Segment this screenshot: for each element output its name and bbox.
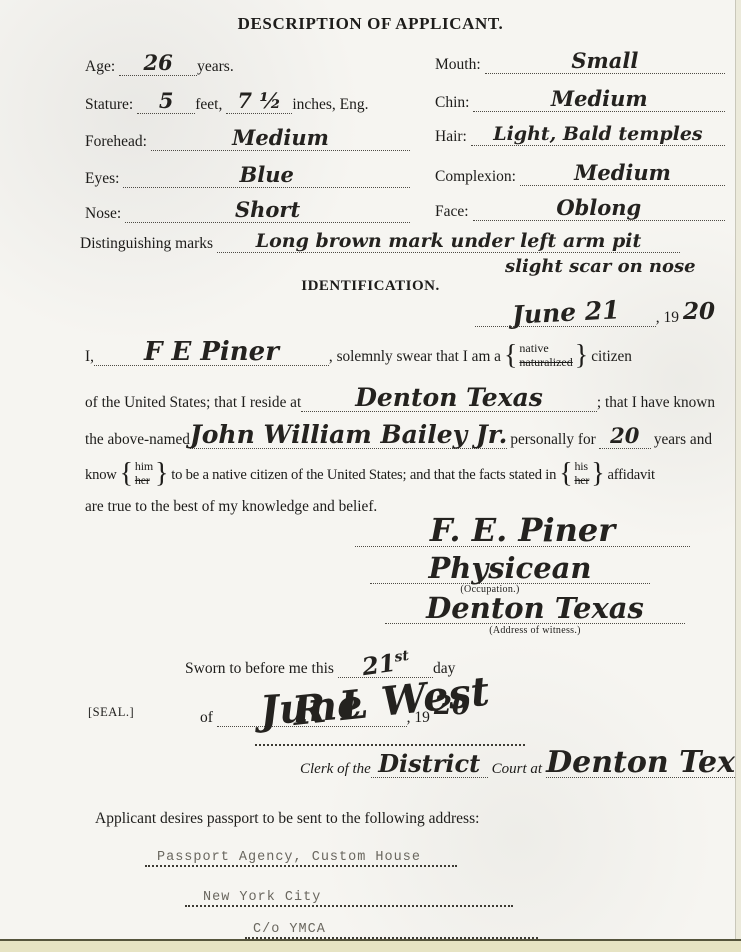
field-eyes-entry: Blue xyxy=(123,164,410,188)
mailing-line-2: New York City xyxy=(185,890,513,907)
applicant-name-entry: John William Bailey Jr. xyxy=(190,422,507,449)
page-bottom-bar xyxy=(0,939,741,952)
affidavit-line1: I, F E Piner , solemnly swear that I am … xyxy=(85,338,715,366)
seal-notation: [SEAL.] xyxy=(88,705,134,720)
field-stature-inches-suffix: inches, Eng. xyxy=(292,96,372,114)
affidavit-line3-post: years and xyxy=(651,431,715,449)
citizen-type-naturalized: naturalized xyxy=(519,356,572,370)
field-age-entry: 26 xyxy=(119,52,197,76)
field-chin: Chin: Medium xyxy=(435,88,725,112)
field-chin-label: Chin: xyxy=(435,94,473,112)
field-nose-label: Nose: xyxy=(85,205,125,223)
mailing-line-1: Passport Agency, Custom House xyxy=(145,850,457,867)
field-nose-value: Short xyxy=(235,199,300,220)
field-stature: Stature: 5 feet, 7 ½ inches, Eng. xyxy=(85,90,425,114)
identification-date-printed: , 19 xyxy=(656,309,683,327)
brace-close-glyph: } xyxy=(575,343,588,368)
sworn-day-suffix: st xyxy=(393,648,409,666)
field-stature-inches-entry: 7 ½ xyxy=(226,90,292,114)
affidavit-line1-end: citizen xyxy=(591,348,632,366)
affidavit-line2-pre: of the United States; that I reside at xyxy=(85,394,301,412)
identification-date-year: 20 xyxy=(683,300,715,323)
identification-date-value: June 21 xyxy=(511,297,620,328)
field-stature-feet-suffix: feet, xyxy=(195,96,226,114)
court-type-value: District xyxy=(378,752,480,776)
field-face-label: Face: xyxy=(435,203,473,221)
field-stature-label: Stature: xyxy=(85,96,137,114)
brace-open-glyph: { xyxy=(504,343,517,368)
his-her-brace: { his her } xyxy=(559,460,604,488)
affidavit-line2: of the United States; that I reside at D… xyxy=(85,385,715,412)
field-nose: Nose: Short xyxy=(85,199,410,223)
field-stature-feet-entry: 5 xyxy=(137,90,195,114)
residence-value: Denton Texas xyxy=(355,385,543,410)
field-face: Face: Oblong xyxy=(435,197,725,221)
affidavit-line4-mid: to be a native citizen of the United Sta… xyxy=(171,467,556,484)
field-age: Age: 26 years. xyxy=(85,52,410,76)
passport-application-scan: DESCRIPTION OF APPLICANT. Age: 26 years.… xyxy=(0,0,741,952)
field-marks: Distinguishing marks Long brown mark und… xyxy=(80,232,680,253)
affidavit-line1-pre: I, xyxy=(85,348,94,366)
field-age-label: Age: xyxy=(85,58,119,76)
form-title: DESCRIPTION OF APPLICANT. xyxy=(0,14,741,34)
years-known-value: 20 xyxy=(610,425,639,446)
clerk-court-line: Clerk of the District Court at Denton Te… xyxy=(300,748,735,778)
witness-address-entry: Denton Texas xyxy=(385,594,685,624)
field-hair: Hair: Light, Bald temples xyxy=(435,125,725,146)
his-option: his xyxy=(574,460,589,474)
him-her-brace: { him her } xyxy=(120,460,169,488)
affidavit-line1-post: , solemnly swear that I am a xyxy=(329,348,501,366)
field-chin-value: Medium xyxy=(551,88,648,109)
court-place-value: Denton Tex xyxy=(546,748,735,778)
affidavit-line3: the above-named John William Bailey Jr. … xyxy=(85,422,715,449)
field-stature-feet-value: 5 xyxy=(159,90,174,111)
clerk-of-the-label: Clerk of the xyxy=(300,761,371,778)
field-hair-entry: Light, Bald temples xyxy=(471,125,725,146)
field-mouth: Mouth: Small xyxy=(435,50,725,74)
court-place-entry: Denton Tex xyxy=(546,748,735,778)
witness-occupation: Physicean xyxy=(428,554,591,583)
field-eyes-value: Blue xyxy=(240,164,294,185)
mailing-line-3: C/o YMCA xyxy=(245,922,538,939)
her-option2: her xyxy=(574,474,589,488)
identification-date-entry: June 21 xyxy=(475,300,656,327)
affidavit-line2-post: ; that I have known xyxy=(597,394,715,412)
field-marks-value: Long brown mark under left arm pit xyxy=(256,232,642,251)
citizen-type-native: native xyxy=(519,342,572,356)
field-hair-value: Light, Bald temples xyxy=(493,125,702,144)
sworn-pre: Sworn to before me this xyxy=(185,660,338,678)
field-eyes: Eyes: Blue xyxy=(85,164,410,188)
citizen-type-brace: { native naturalized } xyxy=(504,342,588,370)
field-forehead: Forehead: Medium xyxy=(85,127,410,151)
clerk-signature-line xyxy=(255,744,525,746)
field-forehead-entry: Medium xyxy=(151,127,410,151)
mailing-heading: Applicant desires passport to be sent to… xyxy=(95,810,479,828)
page-right-edge xyxy=(735,0,741,952)
affiant-name-entry: F E Piner xyxy=(94,339,329,366)
identification-date: June 21 , 19 20 xyxy=(475,300,715,327)
brace-close-glyph: } xyxy=(591,461,604,486)
field-age-suffix: years. xyxy=(197,58,238,76)
brace-open-glyph: { xyxy=(559,461,572,486)
field-marks-entry: Long brown mark under left arm pit xyxy=(217,232,680,253)
affiant-name: F E Piner xyxy=(144,339,279,365)
applicant-name: John William Bailey Jr. xyxy=(190,422,507,447)
witness-occupation-entry: Physicean xyxy=(370,554,650,584)
field-forehead-value: Medium xyxy=(232,127,329,148)
affidavit-line3-mid: personally for xyxy=(507,431,598,449)
field-mouth-value: Small xyxy=(571,50,638,71)
court-type-entry: District xyxy=(371,752,488,778)
brace-close-glyph: } xyxy=(155,461,168,486)
affidavit-line3-pre: the above-named xyxy=(85,431,190,449)
field-mouth-entry: Small xyxy=(485,50,725,74)
him-option: him xyxy=(135,460,153,474)
field-complexion-label: Complexion: xyxy=(435,168,520,186)
field-nose-entry: Short xyxy=(125,199,410,223)
field-stature-inches-value: 7 ½ xyxy=(237,90,281,111)
affidavit-line4-pre: know xyxy=(85,467,117,484)
years-known-entry: 20 xyxy=(599,425,651,449)
identification-title: IDENTIFICATION. xyxy=(0,278,741,295)
brace-open-glyph: { xyxy=(120,461,133,486)
witness-signature-entry: F. E. Piner xyxy=(355,514,690,547)
field-forehead-label: Forehead: xyxy=(85,133,151,151)
field-complexion-entry: Medium xyxy=(520,162,725,186)
witness-signature: F. E. Piner xyxy=(430,514,615,546)
field-face-value: Oblong xyxy=(556,197,641,218)
field-hair-label: Hair: xyxy=(435,128,471,146)
affidavit-line4: know { him her } to be a native citizen … xyxy=(85,456,725,484)
field-face-entry: Oblong xyxy=(473,197,725,221)
field-mouth-label: Mouth: xyxy=(435,56,485,74)
field-complexion: Complexion: Medium xyxy=(435,162,725,186)
residence-entry: Denton Texas xyxy=(301,385,597,412)
sworn-of-label: of xyxy=(200,709,217,727)
court-at-label: Court at xyxy=(488,761,546,778)
field-marks-label: Distinguishing marks xyxy=(80,235,217,253)
field-age-value: 26 xyxy=(144,52,173,73)
address-of-witness-label: (Address of witness.) xyxy=(465,625,605,636)
sworn-day-value: 21st xyxy=(360,649,411,679)
field-marks-value2: slight scar on nose xyxy=(505,258,696,276)
affidavit-line5: are true to the best of my knowledge and… xyxy=(85,498,377,516)
field-chin-entry: Medium xyxy=(473,88,725,112)
field-complexion-value: Medium xyxy=(574,162,671,183)
affidavit-line4-post: affidavit xyxy=(607,467,654,484)
her-option: her xyxy=(135,474,153,488)
witness-address: Denton Texas xyxy=(426,594,644,623)
field-eyes-label: Eyes: xyxy=(85,170,123,188)
